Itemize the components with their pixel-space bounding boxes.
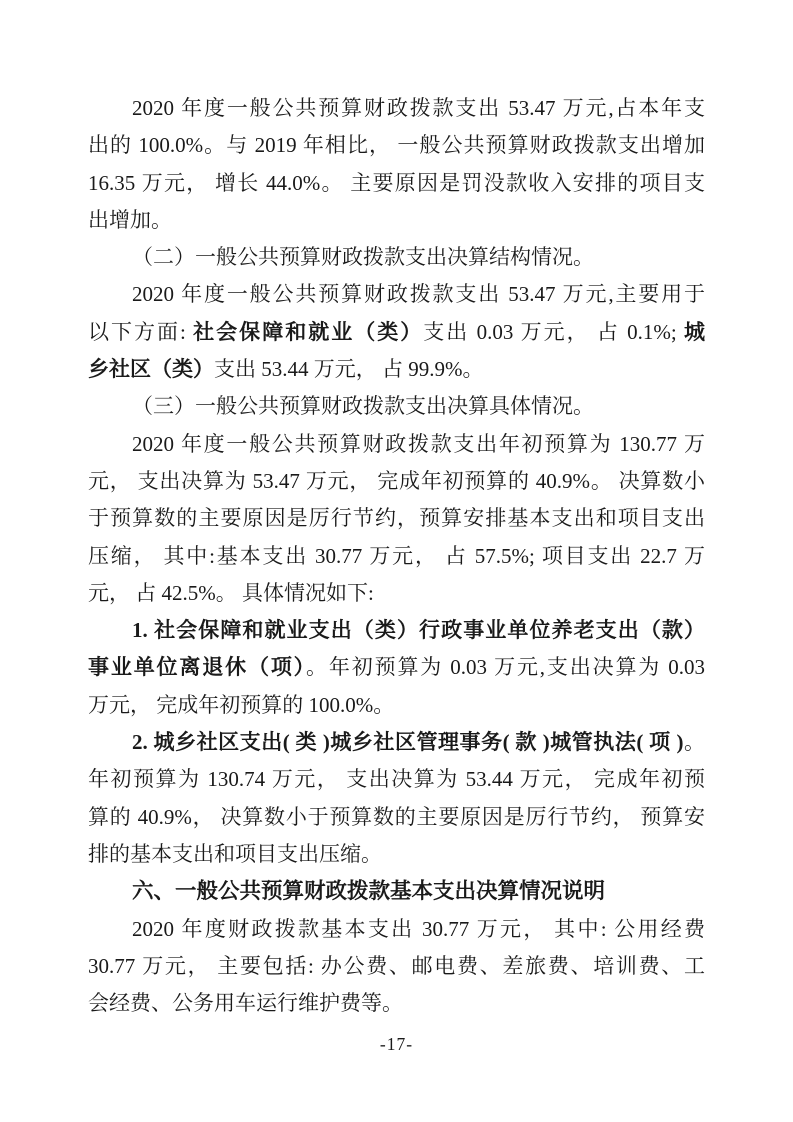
text-run: 六、一般公共预算财政拨款基本支出决算情况说明 [132,879,605,903]
text-run: 2020 年度一般公共预算财政拨款支出 53.47 万元,占本年支 [132,96,705,120]
text-line: 算的 40.9%， 决算数小于预算数的主要原因是厉行节约， 预算安 [88,799,705,836]
text-run: 2020 年度财政拨款基本支出 30.77 万元， 其中: 公用经费 [132,917,705,941]
text-run: 元， 占 42.5%。 具体情况如下: [88,581,374,605]
page-number: -17- [0,1034,793,1055]
text-run: 1. 社会保障和就业支出（类）行政事业单位养老支出（款） [132,618,705,642]
text-run: 于预算数的主要原因是厉行节约，预算安排基本支出和项目支出 [88,506,705,530]
text-run: 算的 40.9%， 决算数小于预算数的主要原因是厉行节约， 预算安 [88,805,705,829]
text-line: 2020 年度一般公共预算财政拨款支出 53.47 万元,主要用于 [88,276,705,313]
text-line: 元， 占 42.5%。 具体情况如下: [88,575,705,612]
text-line: 年初预算为 130.74 万元， 支出决算为 53.44 万元， 完成年初预 [88,761,705,798]
text-line: 16.35 万元， 增长 44.0%。 主要原因是罚没款收入安排的项目支 [88,165,705,202]
text-run: 乡社区（类） [88,357,214,381]
text-line: 元， 支出决算为 53.47 万元， 完成年初预算的 40.9%。 决算数小 [88,463,705,500]
text-run: 出的 100.0%。与 2019 年相比， 一般公共预算财政拨款支出增加 [88,133,705,157]
text-run: 压缩， 其中:基本支出 30.77 万元， 占 57.5%; 项目支出 22.7… [88,544,705,568]
text-run: 会经费、公务用车运行维护费等。 [88,991,403,1015]
text-run: 元， 支出决算为 53.47 万元， 完成年初预算的 40.9%。 决算数小 [88,469,705,493]
text-line: 万元， 完成年初预算的 100.0%。 [88,687,705,724]
text-line: 1. 社会保障和就业支出（类）行政事业单位养老支出（款） [88,612,705,649]
text-line: 以下方面: 社会保障和就业（类）支出 0.03 万元， 占 0.1%; 城 [88,314,705,351]
text-line: 排的基本支出和项目支出压缩。 [88,836,705,873]
text-run: 城 [684,320,705,344]
text-run: 。 [683,730,705,754]
text-run: 支出 53.44 万元， 占 99.9%。 [214,357,484,381]
text-line: 2. 城乡社区支出( 类 )城乡社区管理事务( 款 )城管执法( 项 )。 [88,724,705,761]
text-run: 以下方面: [88,320,193,344]
text-run: 排的基本支出和项目支出压缩。 [88,842,382,866]
text-run: 2. 城乡社区支出( 类 )城乡社区管理事务( 款 )城管执法( 项 ) [132,730,683,754]
text-run: 2020 年度一般公共预算财政拨款支出 53.47 万元,主要用于 [132,282,705,306]
text-run: 2020 年度一般公共预算财政拨款支出年初预算为 130.77 万 [132,432,705,456]
text-run: （二）一般公共预算财政拨款支出决算结构情况。 [132,245,594,269]
text-line: 于预算数的主要原因是厉行节约，预算安排基本支出和项目支出 [88,500,705,537]
text-line: 2020 年度一般公共预算财政拨款支出 53.47 万元,占本年支 [88,90,705,127]
document-body: 2020 年度一般公共预算财政拨款支出 53.47 万元,占本年支出的 100.… [88,90,705,1022]
text-run: 年初预算为 130.74 万元， 支出决算为 53.44 万元， 完成年初预 [88,767,705,791]
text-line: 会经费、公务用车运行维护费等。 [88,985,705,1022]
text-run: 16.35 万元， 增长 44.0%。 主要原因是罚没款收入安排的项目支 [88,171,705,195]
text-run: 万元， 完成年初预算的 100.0%。 [88,693,394,717]
text-line: 出增加。 [88,202,705,239]
section-heading: 六、一般公共预算财政拨款基本支出决算情况说明 [88,873,705,910]
text-run: 事业单位离退休（项） [88,655,306,679]
text-line: 2020 年度财政拨款基本支出 30.77 万元， 其中: 公用经费 [88,911,705,948]
text-line: （二）一般公共预算财政拨款支出决算结构情况。 [88,239,705,276]
text-line: 30.77 万元， 主要包括: 办公费、邮电费、差旅费、培训费、工 [88,948,705,985]
text-run: 。年初预算为 0.03 万元,支出决算为 0.03 [306,655,705,679]
text-run: （三）一般公共预算财政拨款支出决算具体情况。 [132,394,594,418]
text-line: 2020 年度一般公共预算财政拨款支出年初预算为 130.77 万 [88,426,705,463]
text-line: 事业单位离退休（项）。年初预算为 0.03 万元,支出决算为 0.03 [88,649,705,686]
text-run: 30.77 万元， 主要包括: 办公费、邮电费、差旅费、培训费、工 [88,954,705,978]
text-run: 出增加。 [88,208,172,232]
text-line: 出的 100.0%。与 2019 年相比， 一般公共预算财政拨款支出增加 [88,127,705,164]
text-line: （三）一般公共预算财政拨款支出决算具体情况。 [88,388,705,425]
text-line: 乡社区（类）支出 53.44 万元， 占 99.9%。 [88,351,705,388]
text-run: 支出 0.03 万元， 占 0.1%; [423,320,684,344]
text-run: 社会保障和就业（类） [193,320,423,344]
document-page: 2020 年度一般公共预算财政拨款支出 53.47 万元,占本年支出的 100.… [0,0,793,1122]
text-line: 压缩， 其中:基本支出 30.77 万元， 占 57.5%; 项目支出 22.7… [88,538,705,575]
